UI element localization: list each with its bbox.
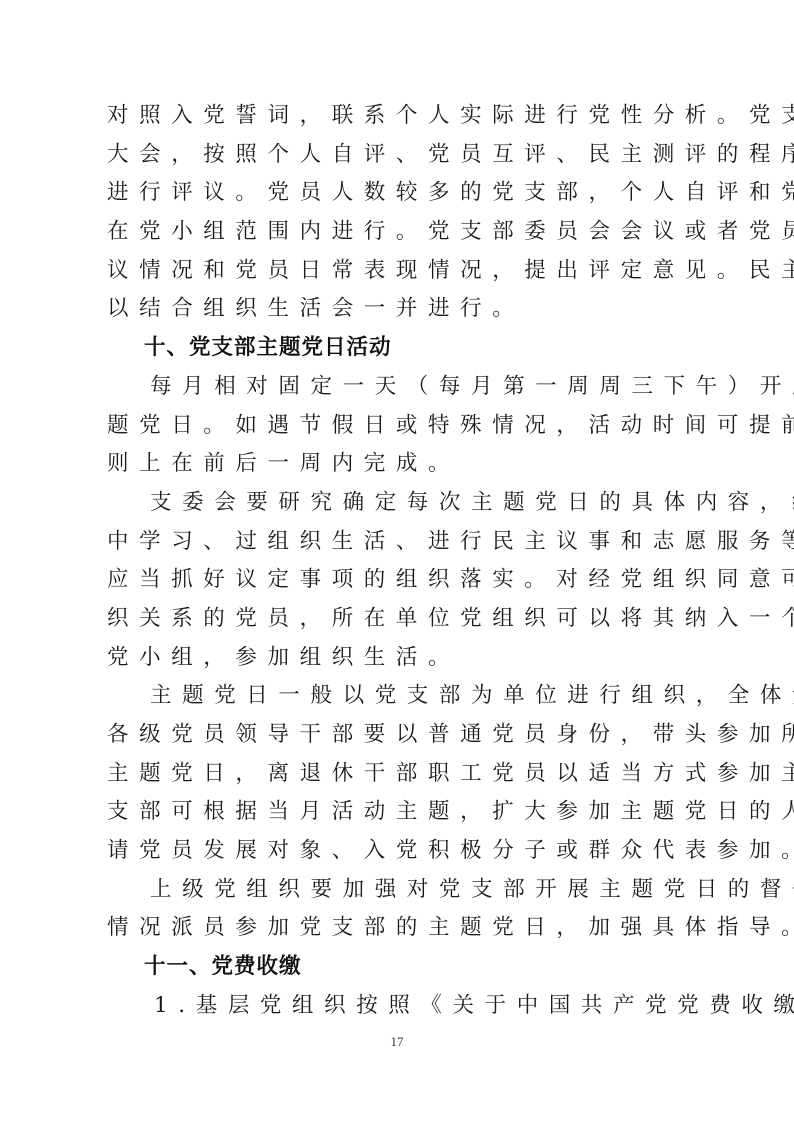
body-line: 支部可根据当月活动主题，扩大参加主题党日的人员范围，邀 — [107, 793, 689, 832]
body-line: 进行评议。党员人数较多的党支部，个人自评和党员互评可以 — [107, 174, 689, 213]
body-line: 在党小组范围内进行。党支部委员会会议或者党员大会根据评 — [107, 213, 689, 252]
body-line: 党小组，参加组织生活。 — [107, 639, 689, 678]
body-line: 对照入党誓词，联系个人实际进行党性分析。党支部召开党员 — [107, 97, 689, 136]
paragraph-start-line: 每月相对固定一天（每月第一周周三下午）开展党支部主 — [107, 368, 689, 407]
body-line: 各级党员领导干部要以普通党员身份，带头参加所在党支部的 — [107, 716, 689, 755]
paragraph-start-line: 上级党组织要加强对党支部开展主题党日的督促指导，视 — [107, 871, 689, 910]
page-body: 对照入党誓词，联系个人实际进行党性分析。党支部召开党员 大会，按照个人自评、党员… — [107, 97, 689, 1026]
body-line: 题党日。如遇节假日或特殊情况，活动时间可提前或顺延，原 — [107, 407, 689, 446]
section-heading-11: 十一、党费收缴 — [107, 948, 689, 987]
paragraph-start-line: 主题党日一般以党支部为单位进行组织，全体党员参加。 — [107, 677, 689, 716]
body-line: 织关系的党员，所在单位党组织可以将其纳入一个党支部或者 — [107, 600, 689, 639]
body-line: 议情况和党员日常表现情况，提出评定意见。民主评议党员可 — [107, 252, 689, 291]
body-line: 则上在前后一周内完成。 — [107, 445, 689, 484]
body-line: 大会，按照个人自评、党员互评、民主测评的程序，组织党员 — [107, 136, 689, 175]
body-line: 情况派员参加党支部的主题党日，加强具体指导。 — [107, 909, 689, 948]
document-page: 对照入党誓词，联系个人实际进行党性分析。党支部召开党员 大会，按照个人自评、党员… — [0, 0, 794, 1123]
page-number: 17 — [0, 1034, 794, 1050]
numbered-item-1: 1.基层党组织按照《关于中国共产党党费收缴、使用和管 — [107, 987, 689, 1026]
section-heading-10: 十、党支部主题党日活动 — [107, 329, 689, 368]
body-line: 中学习、过组织生活、进行民主议事和志愿服务等。开展后， — [107, 523, 689, 562]
body-line: 请党员发展对象、入党积极分子或群众代表参加。 — [107, 832, 689, 871]
body-line: 应当抓好议定事项的组织落实。对经党组织同意可以不转接组 — [107, 561, 689, 600]
body-line: 以结合组织生活会一并进行。 — [107, 290, 689, 329]
paragraph-start-line: 支委会要研究确定每次主题党日的具体内容，组织党员集 — [107, 484, 689, 523]
body-line: 主题党日，离退休干部职工党员以适当方式参加主题党日。党 — [107, 755, 689, 794]
